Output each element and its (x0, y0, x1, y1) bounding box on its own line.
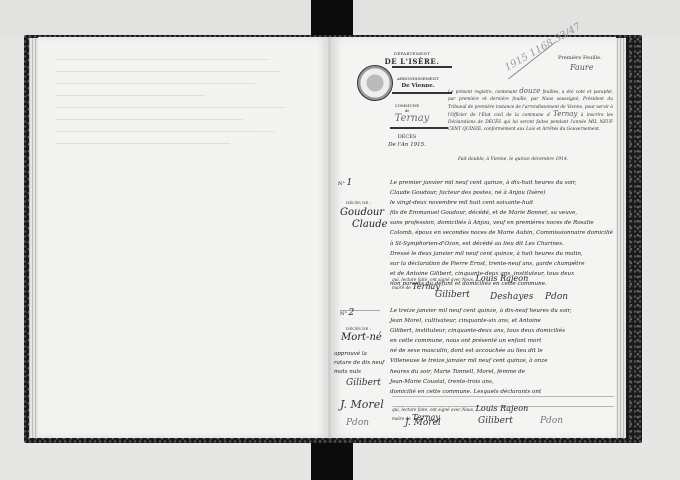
mayor-signature: Louis Rajeon (476, 404, 529, 413)
deces-label: DÉCÈS DE : (346, 326, 371, 331)
mayor-label: maire de (392, 285, 411, 290)
signed-line: qui, lecture faite, ont signé avec Nous,… (392, 404, 528, 413)
body-line: fils de Emmanuel Goudour, décédé, et de … (390, 208, 615, 218)
margin-signature: Gilibert (346, 378, 381, 388)
divider (392, 92, 452, 94)
body-line: sur la déclaration de Pierre Ernst, tren… (390, 259, 615, 269)
body-line: Dressé le deux janvier mil neuf cent qui… (390, 249, 615, 259)
margin-approval-note: approuvé la rature de dix neuf mots nuls (334, 350, 384, 377)
preamble-text-1: Le présent registre, contenant (448, 90, 517, 95)
bleed-through-text (55, 48, 305, 428)
signature: J. Morel (405, 418, 441, 428)
register-year: De l'An 1915. (372, 142, 442, 148)
act-number: N° 1 (338, 178, 352, 188)
scanner-clamp-bottom (311, 438, 353, 480)
mayor-line: maire de Ternay (392, 282, 440, 291)
body-line: Le premier janvier mil neuf cent quinze,… (390, 178, 615, 188)
commune-label: COMMUNE (372, 103, 442, 108)
body-line: en cette commune, nous ont présenté un e… (390, 336, 615, 346)
ruled-line (392, 396, 614, 397)
body-line: Claude Goudour, facteur des postes, né à… (390, 188, 615, 198)
body-line: Jean Morel, cultivateur, cinquante-six a… (390, 316, 615, 326)
number-value: 1 (346, 178, 352, 188)
left-page (38, 37, 329, 438)
departement-name: DE L'ISÈRE. (372, 57, 452, 66)
deceased-name: Mort-né (341, 332, 382, 344)
note-line: mots nuls (334, 368, 384, 377)
number-label: N° (340, 311, 347, 317)
sheet-count-handwritten: douze (519, 87, 540, 95)
register-type: DÉCÈS (372, 134, 442, 140)
number-label: N° (338, 181, 345, 187)
divider (390, 127, 448, 129)
act-number: N° 2 (340, 308, 354, 318)
body-line: à St-Symphorien-d'Ozon, est décédé au li… (390, 239, 615, 249)
body-line: né de sexe masculin, dont est accouchée … (390, 346, 615, 356)
body-line: Gilibert, instituteur, cinquante-deux an… (390, 326, 615, 336)
sheet-label: Première Feuille. (558, 55, 602, 61)
register-preamble: Le présent registre, contenant douze feu… (448, 88, 613, 134)
signed-text: qui, lecture faite, ont signé avec Nous, (392, 407, 474, 412)
deces-label: DÉCÈS DE : (346, 200, 371, 205)
body-line: le vingt-deux novembre mil huit cent soi… (390, 198, 615, 208)
number-value: 2 (348, 308, 354, 318)
arrondissement-name: De Vienne. (386, 83, 450, 89)
fait-double-line: Fait double, à Vienne, le quinze décembr… (458, 157, 618, 162)
deceased-firstname: Claude (352, 219, 388, 231)
commune-handwritten: Ternay (553, 110, 577, 118)
body-line: Jean-Marie Coustal, trente-trois ans, (390, 377, 615, 387)
arrondissement-label: ARRONDISSEMENT (386, 76, 450, 81)
deceased-surname: Goudour (340, 207, 384, 219)
body-line: heures du soir, Marie Tonnell, Morel, fe… (390, 367, 615, 377)
paraph-initials: Faure (570, 63, 594, 72)
scanner-clamp-top (311, 0, 353, 38)
signature: Deshayes (490, 292, 533, 302)
margin-signature: Pdon (346, 418, 369, 428)
body-line: Colomb, époux en secondes noces de Marie… (390, 228, 615, 238)
act-1-body: Le premier janvier mil neuf cent quinze,… (390, 178, 615, 289)
body-line: Le treize janvier mil neuf cent quinze, … (390, 306, 615, 316)
body-line: Villeneuve le treize janvier mil neuf ce… (390, 356, 615, 366)
signature: Pdon (545, 292, 568, 302)
signature: Pdon (540, 416, 563, 426)
note-line: approuvé la (334, 350, 384, 359)
mayor-signature: Louis Rajeon (476, 274, 529, 283)
body-line: sans profession, domiciliés à Anjou, veu… (390, 218, 615, 228)
act-2-body: Le treize janvier mil neuf cent quinze, … (390, 306, 615, 397)
margin-signature: J. Morel (340, 398, 384, 411)
departement-label: DÉPARTEMENT (372, 51, 452, 56)
signature: Gilibert (435, 290, 470, 300)
commune-name: Ternay (382, 113, 442, 124)
signature: Gilibert (478, 416, 513, 426)
note-line: rature de dix neuf (334, 359, 384, 368)
divider (392, 66, 452, 68)
